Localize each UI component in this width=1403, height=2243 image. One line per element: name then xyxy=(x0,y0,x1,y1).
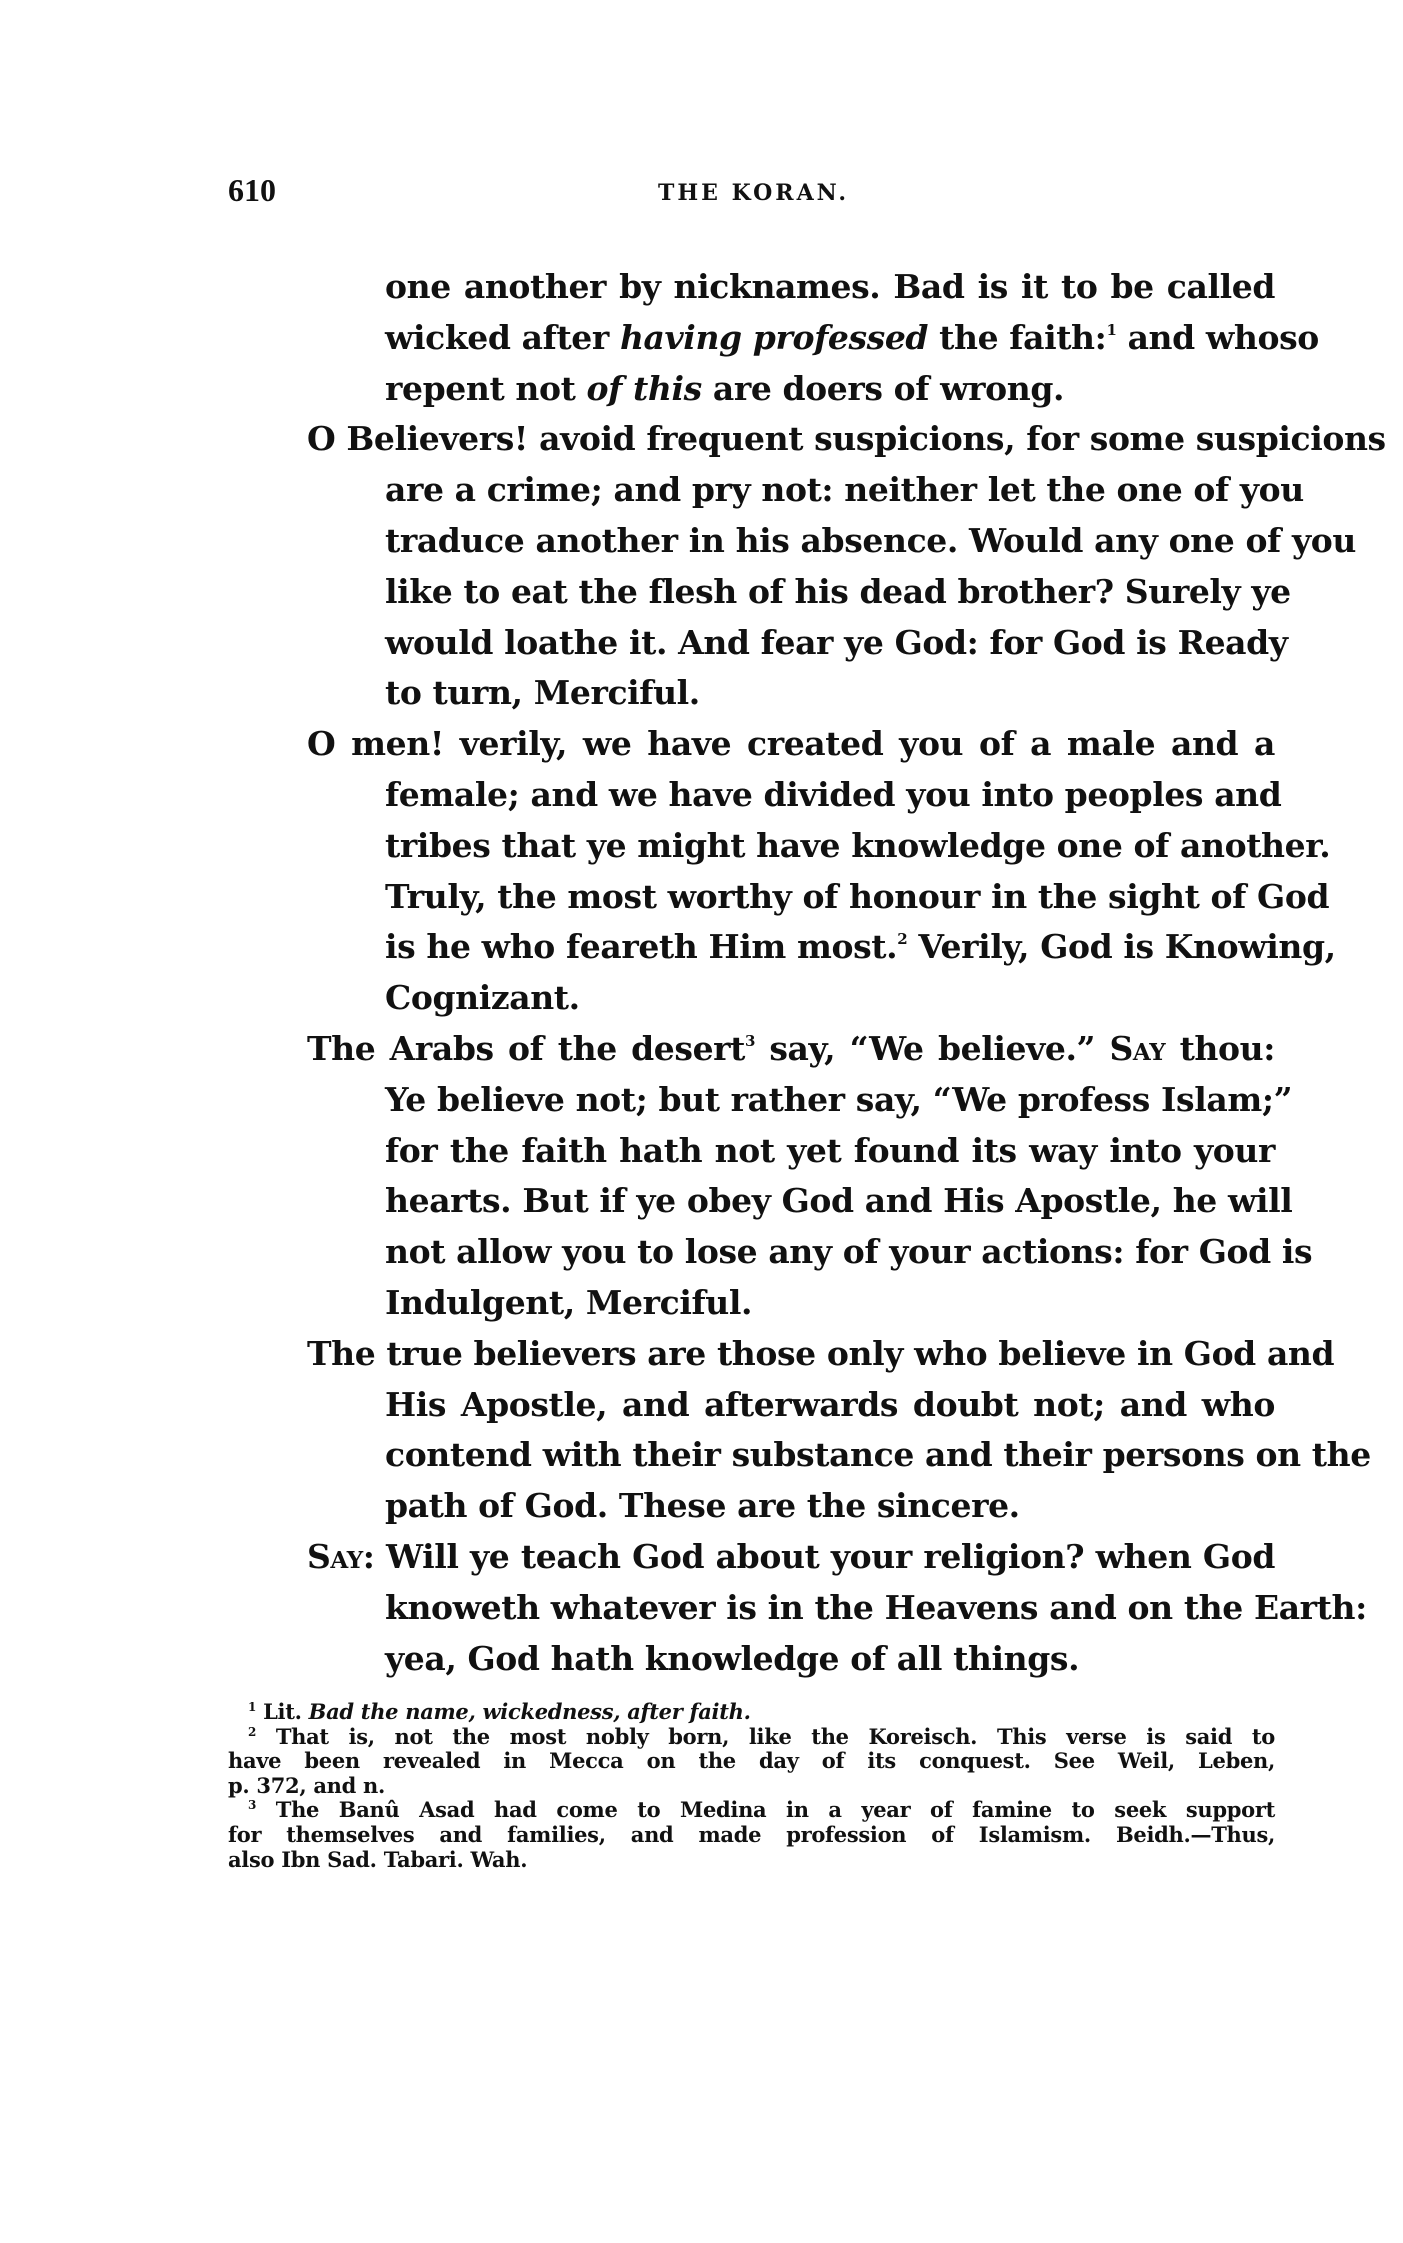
line-text: : Will ye teach God about your religion?… xyxy=(363,1537,1275,1576)
verse-line: repent not of this are doers of wrong. xyxy=(307,364,1275,415)
footnote-marker: 3 xyxy=(248,1798,256,1812)
line-text: Ye believe not; but rather say, “We prof… xyxy=(385,1080,1292,1119)
line-text: say, “We believe.” xyxy=(755,1029,1109,1068)
verse-line: The Arabs of the desert3 say, “We believ… xyxy=(307,1024,1275,1075)
verse-line: not allow you to lose any of your action… xyxy=(307,1227,1275,1278)
book-page: 610 THE KORAN. one another by nicknames.… xyxy=(0,0,1403,2243)
line-text: thou: xyxy=(1165,1029,1275,1068)
footnote-line: also Ibn Sad. Tabari. Wah. xyxy=(228,1848,1275,1873)
verse-line: knoweth whatever is in the Heavens and o… xyxy=(307,1583,1275,1634)
line-text: Indulgent, Merciful. xyxy=(385,1283,752,1322)
line-text: The Banû Asad had come to Medina in a ye… xyxy=(256,1797,1275,1822)
italic-text: of this xyxy=(587,369,702,408)
verse-line: to turn, Merciful. xyxy=(307,668,1275,719)
verse-line: yea, God hath knowledge of all things. xyxy=(307,1634,1275,1685)
running-title: THE KORAN. xyxy=(658,180,849,206)
verse-line: hearts. But if ye obey God and His Apost… xyxy=(307,1176,1275,1227)
verse-line: Indulgent, Merciful. xyxy=(307,1278,1275,1329)
say-smallcaps: Say xyxy=(307,1537,363,1576)
verse-body: one another by nicknames. Bad is it to b… xyxy=(307,262,1275,1684)
line-text: The true believers are those only who be… xyxy=(307,1334,1334,1373)
line-text: wicked after xyxy=(385,318,620,357)
verse-line: Ye believe not; but rather say, “We prof… xyxy=(307,1075,1275,1126)
verse-line: wicked after having professed the faith:… xyxy=(307,313,1275,364)
line-text: The Arabs of the desert xyxy=(307,1029,745,1068)
verse-line: O Believers! avoid frequent suspicions, … xyxy=(307,414,1275,465)
footnote-reference: 1 xyxy=(1106,321,1116,339)
footnote-marker: 2 xyxy=(248,1725,256,1739)
line-text: contend with their substance and their p… xyxy=(385,1435,1371,1474)
footnote-reference: 2 xyxy=(897,930,907,948)
verse-line: one another by nicknames. Bad is it to b… xyxy=(307,262,1275,313)
line-text: hearts. But if ye obey God and His Apost… xyxy=(385,1181,1292,1220)
line-text: Lit. xyxy=(256,1699,309,1724)
line-text: are doers of wrong. xyxy=(702,369,1064,408)
footnote-reference: 3 xyxy=(745,1032,755,1050)
footnote-line: 3 The Banû Asad had come to Medina in a … xyxy=(228,1798,1275,1823)
line-text: one another by nicknames. Bad is it to b… xyxy=(385,267,1275,306)
line-text: tribes that ye might have knowledge one … xyxy=(385,826,1330,865)
line-text: are a crime; and pry not: neither let th… xyxy=(385,470,1304,509)
verse-line: for the faith hath not yet found its way… xyxy=(307,1126,1275,1177)
line-text: would loathe it. And fear ye God: for Go… xyxy=(385,623,1288,662)
verse-line: would loathe it. And fear ye God: for Go… xyxy=(307,618,1275,669)
verse-line: traduce another in his absence. Would an… xyxy=(307,516,1275,567)
italic-text: Bad the name, wickedness, after faith. xyxy=(309,1699,751,1724)
footnote-line: p. 372, and n. xyxy=(228,1774,1275,1799)
line-text: path of God. These are the sincere. xyxy=(385,1486,1020,1525)
verse-line: female; and we have divided you into peo… xyxy=(307,770,1275,821)
line-text: Verily, God is Knowing, xyxy=(907,927,1335,966)
line-text: for the faith hath not yet found its way… xyxy=(385,1131,1275,1170)
verse-line: tribes that ye might have knowledge one … xyxy=(307,821,1275,872)
line-text: O Believers! avoid frequent suspicions, … xyxy=(307,419,1386,458)
line-text: have been revealed in Mecca on the day o… xyxy=(228,1748,1275,1773)
verse-line: The true believers are those only who be… xyxy=(307,1329,1275,1380)
verse-line: O men! verily, we have created you of a … xyxy=(307,719,1275,770)
line-text: also Ibn Sad. Tabari. Wah. xyxy=(228,1847,527,1872)
footnotes: 1 Lit. Bad the name, wickedness, after f… xyxy=(228,1700,1275,1872)
verse-line: are a crime; and pry not: neither let th… xyxy=(307,465,1275,516)
verse-line: path of God. These are the sincere. xyxy=(307,1481,1275,1532)
footnote-line: for themselves and families, and made pr… xyxy=(228,1823,1275,1848)
verse-line: Say: Will ye teach God about your religi… xyxy=(307,1532,1275,1583)
verse-line: Truly, the most worthy of honour in the … xyxy=(307,872,1275,923)
verse-line: like to eat the flesh of his dead brothe… xyxy=(307,567,1275,618)
line-text: p. 372, and n. xyxy=(228,1773,385,1798)
line-text: female; and we have divided you into peo… xyxy=(385,775,1281,814)
line-text: O men! verily, we have created you of a … xyxy=(307,724,1275,763)
line-text: His Apostle, and afterwards doubt not; a… xyxy=(385,1385,1275,1424)
line-text: the faith: xyxy=(928,318,1106,357)
line-text: Cognizant. xyxy=(385,978,580,1017)
line-text: Truly, the most worthy of honour in the … xyxy=(385,877,1329,916)
line-text: not allow you to lose any of your action… xyxy=(385,1232,1312,1271)
line-text: like to eat the flesh of his dead brothe… xyxy=(385,572,1291,611)
verse-line: contend with their substance and their p… xyxy=(307,1430,1275,1481)
line-text: is he who feareth Him most. xyxy=(385,927,897,966)
footnote-marker: 1 xyxy=(248,1700,256,1714)
italic-text: having professed xyxy=(620,318,928,357)
running-head: 610 THE KORAN. xyxy=(228,170,1275,210)
verse-line: is he who feareth Him most.2 Verily, God… xyxy=(307,922,1275,973)
page-number: 610 xyxy=(228,172,276,209)
line-text: repent not xyxy=(385,369,587,408)
verse-line: His Apostle, and afterwards doubt not; a… xyxy=(307,1380,1275,1431)
verse-line: Cognizant. xyxy=(307,973,1275,1024)
line-text: and whoso xyxy=(1116,318,1318,357)
say-smallcaps: Say xyxy=(1109,1029,1165,1068)
line-text: yea, God hath knowledge of all things. xyxy=(385,1639,1079,1678)
footnote-line: 2 That is, not the most nobly born, like… xyxy=(228,1725,1275,1750)
line-text: That is, not the most nobly born, like t… xyxy=(256,1724,1275,1749)
footnote-line: have been revealed in Mecca on the day o… xyxy=(228,1749,1275,1774)
line-text: knoweth whatever is in the Heavens and o… xyxy=(385,1588,1367,1627)
line-text: to turn, Merciful. xyxy=(385,673,700,712)
line-text: for themselves and families, and made pr… xyxy=(228,1822,1275,1847)
line-text: traduce another in his absence. Would an… xyxy=(385,521,1356,560)
footnote-line: 1 Lit. Bad the name, wickedness, after f… xyxy=(228,1700,1275,1725)
